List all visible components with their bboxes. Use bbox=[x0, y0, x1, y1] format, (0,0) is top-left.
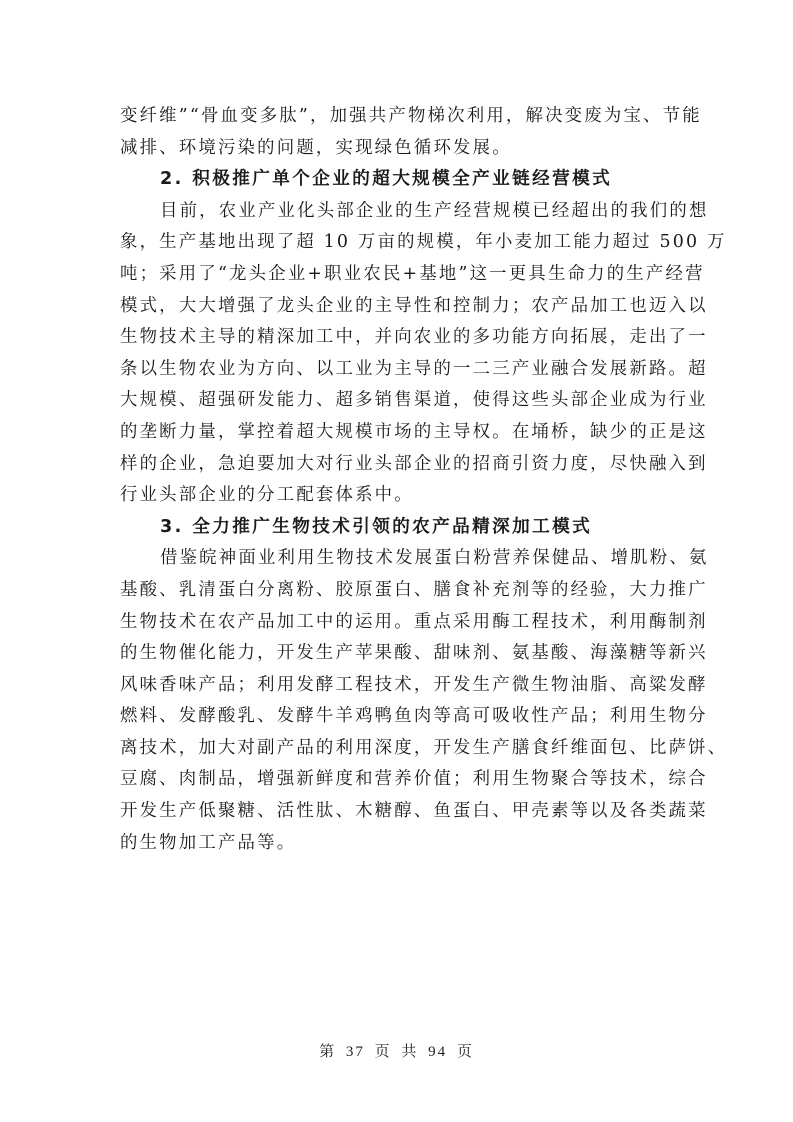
page-number-footer: 第 37 页 共 94 页 bbox=[0, 1040, 793, 1061]
paragraph-line: 的生物加工产品等。 bbox=[120, 828, 673, 860]
section-heading: 3. 全力推广生物技术引领的农产品精深加工模式 bbox=[120, 512, 673, 544]
paragraph-line: 变纤维”“骨血变多肽”，加强共产物梯次利用，解决变废为宝、节能 bbox=[120, 101, 673, 133]
paragraph-line: 的生物催化能力，开发生产苹果酸、甜味剂、氨基酸、海藻糖等新兴 bbox=[120, 638, 673, 670]
paragraph-line: 模式，大大增强了龙头企业的主导性和控制力；农产品加工也迈入以 bbox=[120, 291, 673, 323]
paragraph-line: 离技术，加大对副产品的利用深度，开发生产膳食纤维面包、比萨饼、 bbox=[120, 733, 673, 765]
section-heading: 2. 积极推广单个企业的超大规模全产业链经营模式 bbox=[120, 164, 673, 196]
paragraph-line: 大规模、超强研发能力、超多销售渠道，使得这些头部企业成为行业 bbox=[120, 385, 673, 417]
paragraph-line: 燃料、发酵酸乳、发酵牛羊鸡鸭鱼肉等高可吸收性产品；利用生物分 bbox=[120, 701, 673, 733]
paragraph-line: 样的企业，急迫要加大对行业头部企业的招商引资力度，尽快融入到 bbox=[120, 449, 673, 481]
document-page-body: 变纤维”“骨血变多肽”，加强共产物梯次利用，解决变废为宝、节能 减排、环境污染的… bbox=[120, 101, 673, 859]
paragraph-line: 借鉴皖神面业利用生物技术发展蛋白粉营养保健品、增肌粉、氨 bbox=[120, 543, 673, 575]
paragraph-line: 豆腐、肉制品，增强新鲜度和营养价值；利用生物聚合等技术，综合 bbox=[120, 764, 673, 796]
paragraph-line: 目前，农业产业化头部企业的生产经营规模已经超出的我们的想 bbox=[120, 196, 673, 228]
paragraph-line: 生物技术主导的精深加工中，并向农业的多功能方向拓展，走出了一 bbox=[120, 322, 673, 354]
paragraph-line: 吨；采用了“龙头企业+职业农民+基地”这一更具生命力的生产经营 bbox=[120, 259, 673, 291]
paragraph-line: 减排、环境污染的问题，实现绿色循环发展。 bbox=[120, 133, 673, 165]
paragraph-line: 行业头部企业的分工配套体系中。 bbox=[120, 480, 673, 512]
paragraph-line: 风味香味产品；利用发酵工程技术，开发生产微生物油脂、高粱发酵 bbox=[120, 670, 673, 702]
paragraph-line: 生物技术在农产品加工中的运用。重点采用酶工程技术，利用酶制剂 bbox=[120, 607, 673, 639]
paragraph-line: 条以生物农业为方向、以工业为主导的一二三产业融合发展新路。超 bbox=[120, 354, 673, 386]
paragraph-line: 象，生产基地出现了超 10 万亩的规模，年小麦加工能力超过 500 万 bbox=[120, 227, 673, 259]
paragraph-line: 基酸、乳清蛋白分离粉、胶原蛋白、膳食补充剂等的经验，大力推广 bbox=[120, 575, 673, 607]
paragraph-line: 的垄断力量，掌控着超大规模市场的主导权。在埇桥，缺少的正是这 bbox=[120, 417, 673, 449]
paragraph-line: 开发生产低聚糖、活性肽、木糖醇、鱼蛋白、甲壳素等以及各类蔬菜 bbox=[120, 796, 673, 828]
